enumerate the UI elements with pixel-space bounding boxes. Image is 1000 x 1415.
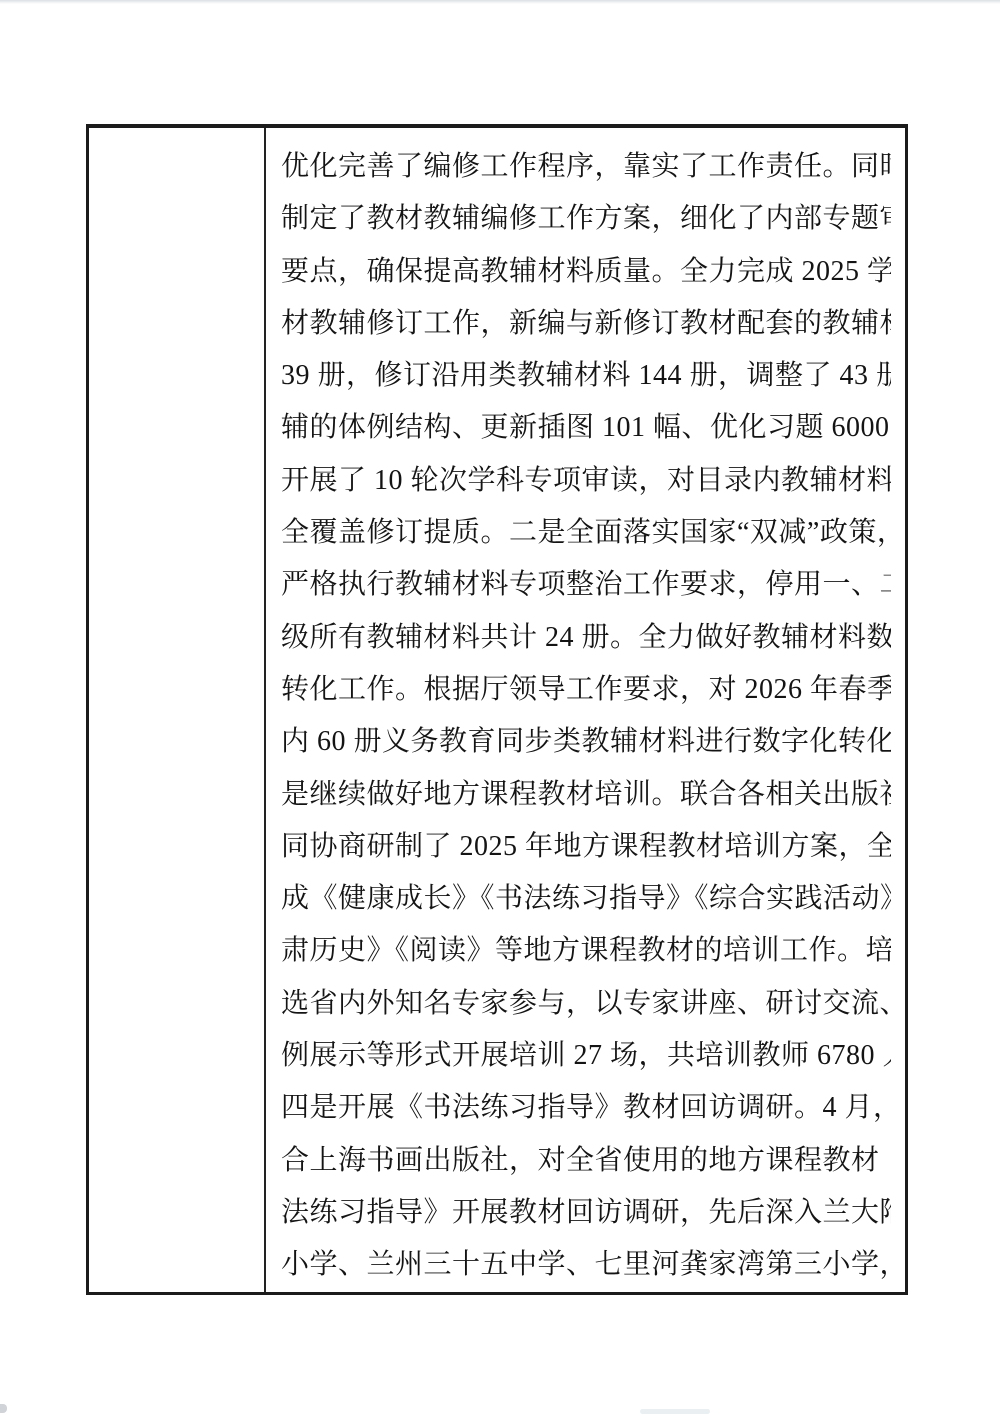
text-line: 同协商研制了 2025 年地方课程教材培训方案，全年完 — [281, 821, 891, 873]
report-table: 优化完善了编修工作程序，靠实了工作责任。同时， 制定了教材教辅编修工作方案，细化… — [86, 124, 908, 1295]
text-line: 开展了 10 轮次学科专项审读，对目录内教辅材料进行 — [281, 455, 891, 507]
table-cell-label-empty — [89, 128, 266, 1292]
text-line: 转化工作。根据厅领导工作要求，对 2026 年春季目录 — [281, 664, 891, 716]
text-line: 辅的体例结构、更新插图 101 幅、优化习题 6000 余道， — [281, 402, 891, 454]
text-line: 例展示等形式开展培训 27 场，共培训教师 6780 人。 — [281, 1030, 891, 1082]
text-line: 小学、兰州三十五中学、七里河龚家湾第三小学，采 — [281, 1239, 891, 1291]
text-line: 法练习指导》开展教材回访调研，先后深入兰大附属 — [281, 1187, 891, 1239]
scan-artifact-bottom-mid — [640, 1409, 710, 1414]
text-line: 全覆盖修订提质。二是全面落实国家“双减”政策， — [281, 507, 891, 559]
text-line: 39 册，修订沿用类教辅材料 144 册，调整了 43 册教 — [281, 350, 891, 402]
text-line: 肃历史》《阅读》等地方课程教材的培训工作。培训遴 — [281, 925, 891, 977]
text-line: 四是开展《书法练习指导》教材回访调研。4 月，联 — [281, 1082, 891, 1134]
text-line: 选省内外知名专家参与，以专家讲座、研讨交流、课 — [281, 978, 891, 1030]
text-line: 材教辅修订工作，新编与新修订教材配套的教辅材料 — [281, 298, 891, 350]
table-cell-body: 优化完善了编修工作程序，靠实了工作责任。同时， 制定了教材教辅编修工作方案，细化… — [266, 128, 905, 1292]
text-line: 制定了教材教辅编修工作方案，细化了内部专题审核 — [281, 193, 891, 245]
scan-artifact-top — [0, 0, 1000, 4]
text-line: 优化完善了编修工作程序，靠实了工作责任。同时， — [281, 141, 891, 193]
scan-artifact-bottom-left — [0, 1404, 7, 1413]
text-line: 严格执行教辅材料专项整治工作要求，停用一、二年 — [281, 559, 891, 611]
document-page: 优化完善了编修工作程序，靠实了工作责任。同时， 制定了教材教辅编修工作方案，细化… — [0, 0, 1000, 1415]
text-line: 级所有教辅材料共计 24 册。全力做好教辅材料数字化 — [281, 612, 891, 664]
text-line: 成《健康成长》《书法练习指导》《综合实践活动》《甘 — [281, 873, 891, 925]
text-line: 合上海书画出版社，对全省使用的地方课程教材《书 — [281, 1135, 891, 1187]
text-line: 内 60 册义务教育同步类教辅材料进行数字化转化。三 — [281, 716, 891, 768]
text-line: 要点，确保提高教辅材料质量。全力完成 2025 学年教 — [281, 246, 891, 298]
text-line: 是继续做好地方课程教材培训。联合各相关出版社共 — [281, 769, 891, 821]
